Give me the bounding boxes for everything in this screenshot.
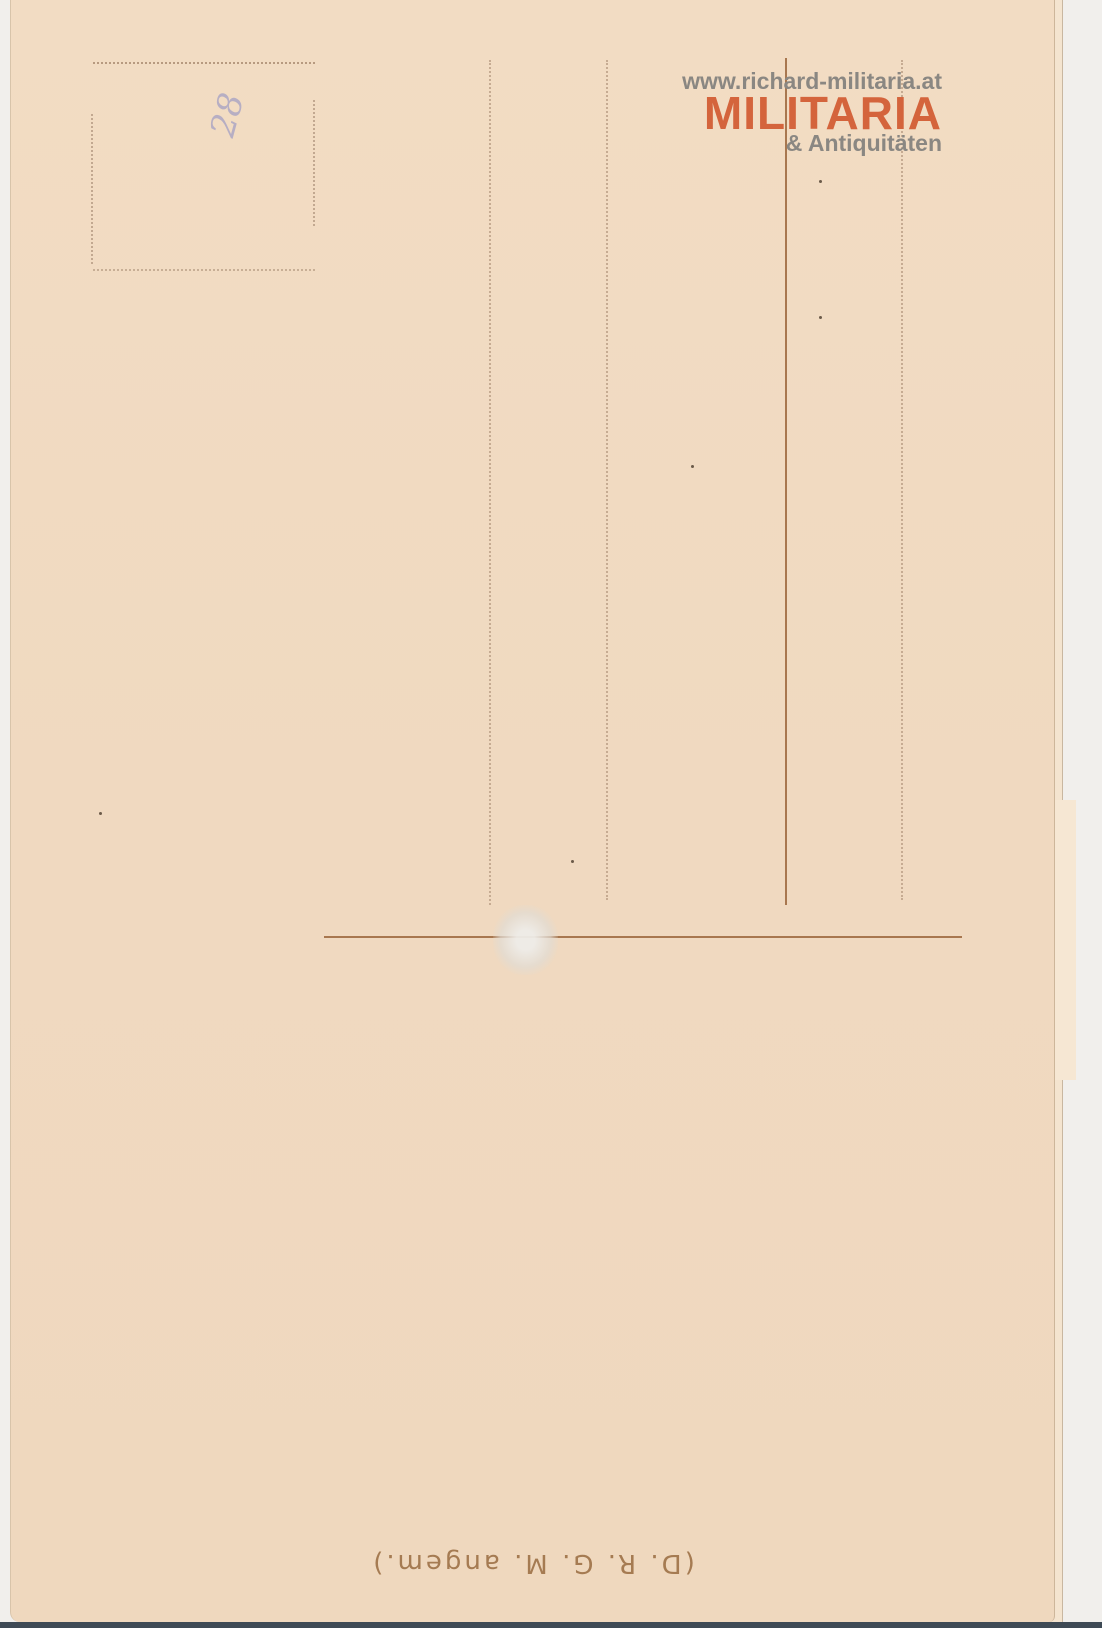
speck bbox=[571, 860, 574, 863]
dotted-divider-2 bbox=[606, 60, 608, 900]
address-baseline bbox=[324, 936, 962, 938]
speck bbox=[819, 180, 822, 183]
dotted-divider-3 bbox=[901, 60, 903, 900]
drgm-imprint: (D. R. G. M. angem.) bbox=[11, 1548, 1054, 1578]
stamp-placeholder-box bbox=[93, 62, 315, 271]
watermark-logo: www.richard-militaria.at MILITARIA & Ant… bbox=[682, 70, 942, 155]
dotted-divider-1 bbox=[489, 60, 491, 905]
postcard-back: 28 (D. R. G. M. angem.) bbox=[10, 0, 1055, 1622]
speck bbox=[819, 316, 822, 319]
paper-stain bbox=[493, 905, 558, 975]
scalloped-edge bbox=[1050, 800, 1090, 1080]
scanner-bed-edge bbox=[0, 1622, 1102, 1628]
speck bbox=[691, 465, 694, 468]
speck bbox=[99, 812, 102, 815]
address-divider-line bbox=[785, 58, 787, 905]
